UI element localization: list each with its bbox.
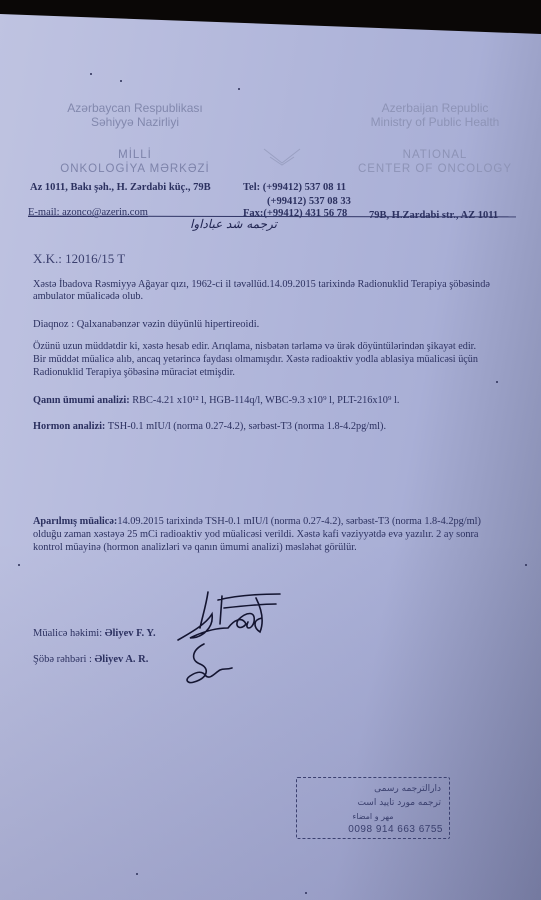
stamp-line-2: ترجمه مورد تایید است — [305, 798, 441, 808]
ministry-header-az: Azərbaycan Respublikası Səhiyyə Nazirliy… — [50, 101, 220, 129]
address-az: Az 1011, Bakı şəh., H. Zərdabi küç., 79B — [30, 181, 211, 195]
center-line-2: ONKOLOGİYA MƏRKƏZİ — [45, 162, 225, 176]
ministry-header-en: Azerbaijan Republic Ministry of Public H… — [335, 101, 535, 129]
diagnosis-label: Diaqnoz : — [33, 319, 74, 330]
doctor-signature-icon — [172, 588, 284, 648]
hormone-analysis: Hormon analizi: TSH-0.1 mIU/l (norma 0.2… — [33, 420, 386, 434]
treatment-label: Aparılmış müalicə: — [33, 516, 117, 527]
letterhead-divider — [28, 216, 516, 218]
intro-line-1: Xəstə İbadova Rəsmiyyə Ağayar qızı, 1962… — [33, 278, 490, 292]
head-label: Şöbə rəhbəri : — [33, 654, 92, 665]
ministry-line-1: Azərbaycan Respublikası — [50, 101, 220, 115]
head-signature-line: Şöbə rəhbəri : Əliyev A. R. — [33, 653, 148, 667]
stamp-line-1: دارالترجمه رسمی — [305, 784, 441, 794]
doctor-label: Müalicə həkimi: — [33, 628, 102, 639]
stamp-phone: 0098 914 663 6755 — [348, 824, 443, 835]
diagnosis: Diaqnoz : Qalxanabənzər vəzin düyünlü hi… — [33, 318, 259, 332]
speck — [238, 88, 240, 90]
fax: Fax:(+99412) 431 56 78 — [243, 207, 347, 221]
speck — [305, 892, 307, 894]
speck — [120, 80, 122, 82]
speck — [90, 73, 92, 75]
treatment-line-3: kontrol müayinə (hormon analizləri və qa… — [33, 541, 357, 555]
stamp-line-3: مهر و امضاء — [305, 812, 441, 821]
treatment-text: 14.09.2015 tarixində TSH-0.1 mIU/l (norm… — [117, 516, 481, 527]
blood-values: RBC-4.21 x10¹² l, HGB-114q/l, WBC-9.3 x1… — [132, 395, 399, 406]
center-name-en: NATIONAL CENTER OF ONCOLOGY — [335, 148, 535, 176]
translator-stamp: دارالترجمه رسمی ترجمه مورد تایید است مهر… — [296, 777, 450, 839]
speck — [136, 873, 138, 875]
email-link[interactable]: E-mail: azonco@azerin.com — [28, 206, 148, 220]
diagnosis-text: Qalxanabənzər vəzin düyünlü hipertireoid… — [77, 319, 260, 330]
ministry-line-2: Səhiyyə Nazirliyi — [50, 115, 220, 129]
speck — [525, 564, 527, 566]
center-line-1: MİLLİ — [45, 148, 225, 162]
blood-analysis: Qanın ümumi analizi: RBC-4.21 x10¹² l, H… — [33, 394, 399, 408]
handwritten-note: ترجمه شد عباداوا — [190, 217, 277, 231]
ministry-line-2: Ministry of Public Health — [335, 115, 535, 129]
intro-line-2: ambulator müalicədə olub. — [33, 290, 143, 304]
case-number: X.K.: 12016/15 T — [33, 252, 125, 266]
anamnesis-line-1: Özünü uzun müddətdir ki, xəstə hesab edi… — [33, 340, 476, 354]
doctor-signature-line: Müalicə həkimi: Əliyev F. Y. — [33, 627, 156, 641]
address-en: 79B, H.Zardabi str., AZ 1011 — [369, 209, 498, 223]
tel-1: (+99412) 537 08 11 — [263, 182, 346, 193]
blood-label: Qanın ümumi analizi: — [33, 395, 130, 406]
tel-line-1: Tel: (+99412) 537 08 11 — [243, 181, 346, 195]
center-name-az: MİLLİ ONKOLOGİYA MƏRKƏZİ — [45, 148, 225, 176]
treatment-line-1: Aparılmış müalicə:14.09.2015 tarixində T… — [33, 515, 481, 529]
hormone-values: TSH-0.1 mIU/l (norma 0.27-4.2), sərbəst-… — [108, 421, 386, 432]
tel-label: Tel: — [243, 182, 260, 193]
doctor-name: Əliyev F. Y. — [105, 628, 156, 639]
document-page: Azərbaycan Respublikası Səhiyyə Nazirliy… — [0, 0, 541, 900]
head-name: Əliyev A. R. — [95, 654, 149, 665]
ministry-line-1: Azerbaijan Republic — [335, 101, 535, 115]
anamnesis-line-3: Radionuklid Terapiya şöbəsinə müraciət e… — [33, 366, 235, 380]
tel-line-2: (+99412) 537 08 33 — [267, 195, 351, 209]
emblem-icon — [262, 145, 302, 167]
anamnesis-line-2: Bir müddət müalicə alıb, ancaq yetərincə… — [33, 353, 478, 367]
speck — [496, 381, 498, 383]
treatment-line-2: olduğu zaman xəstəyə 25 mCi radioaktiv y… — [33, 528, 479, 542]
hormone-label: Hormon analizi: — [33, 421, 105, 432]
head-signature-icon — [180, 640, 240, 688]
center-line-1: NATIONAL — [335, 148, 535, 162]
speck — [18, 564, 20, 566]
center-line-2: CENTER OF ONCOLOGY — [335, 162, 535, 176]
